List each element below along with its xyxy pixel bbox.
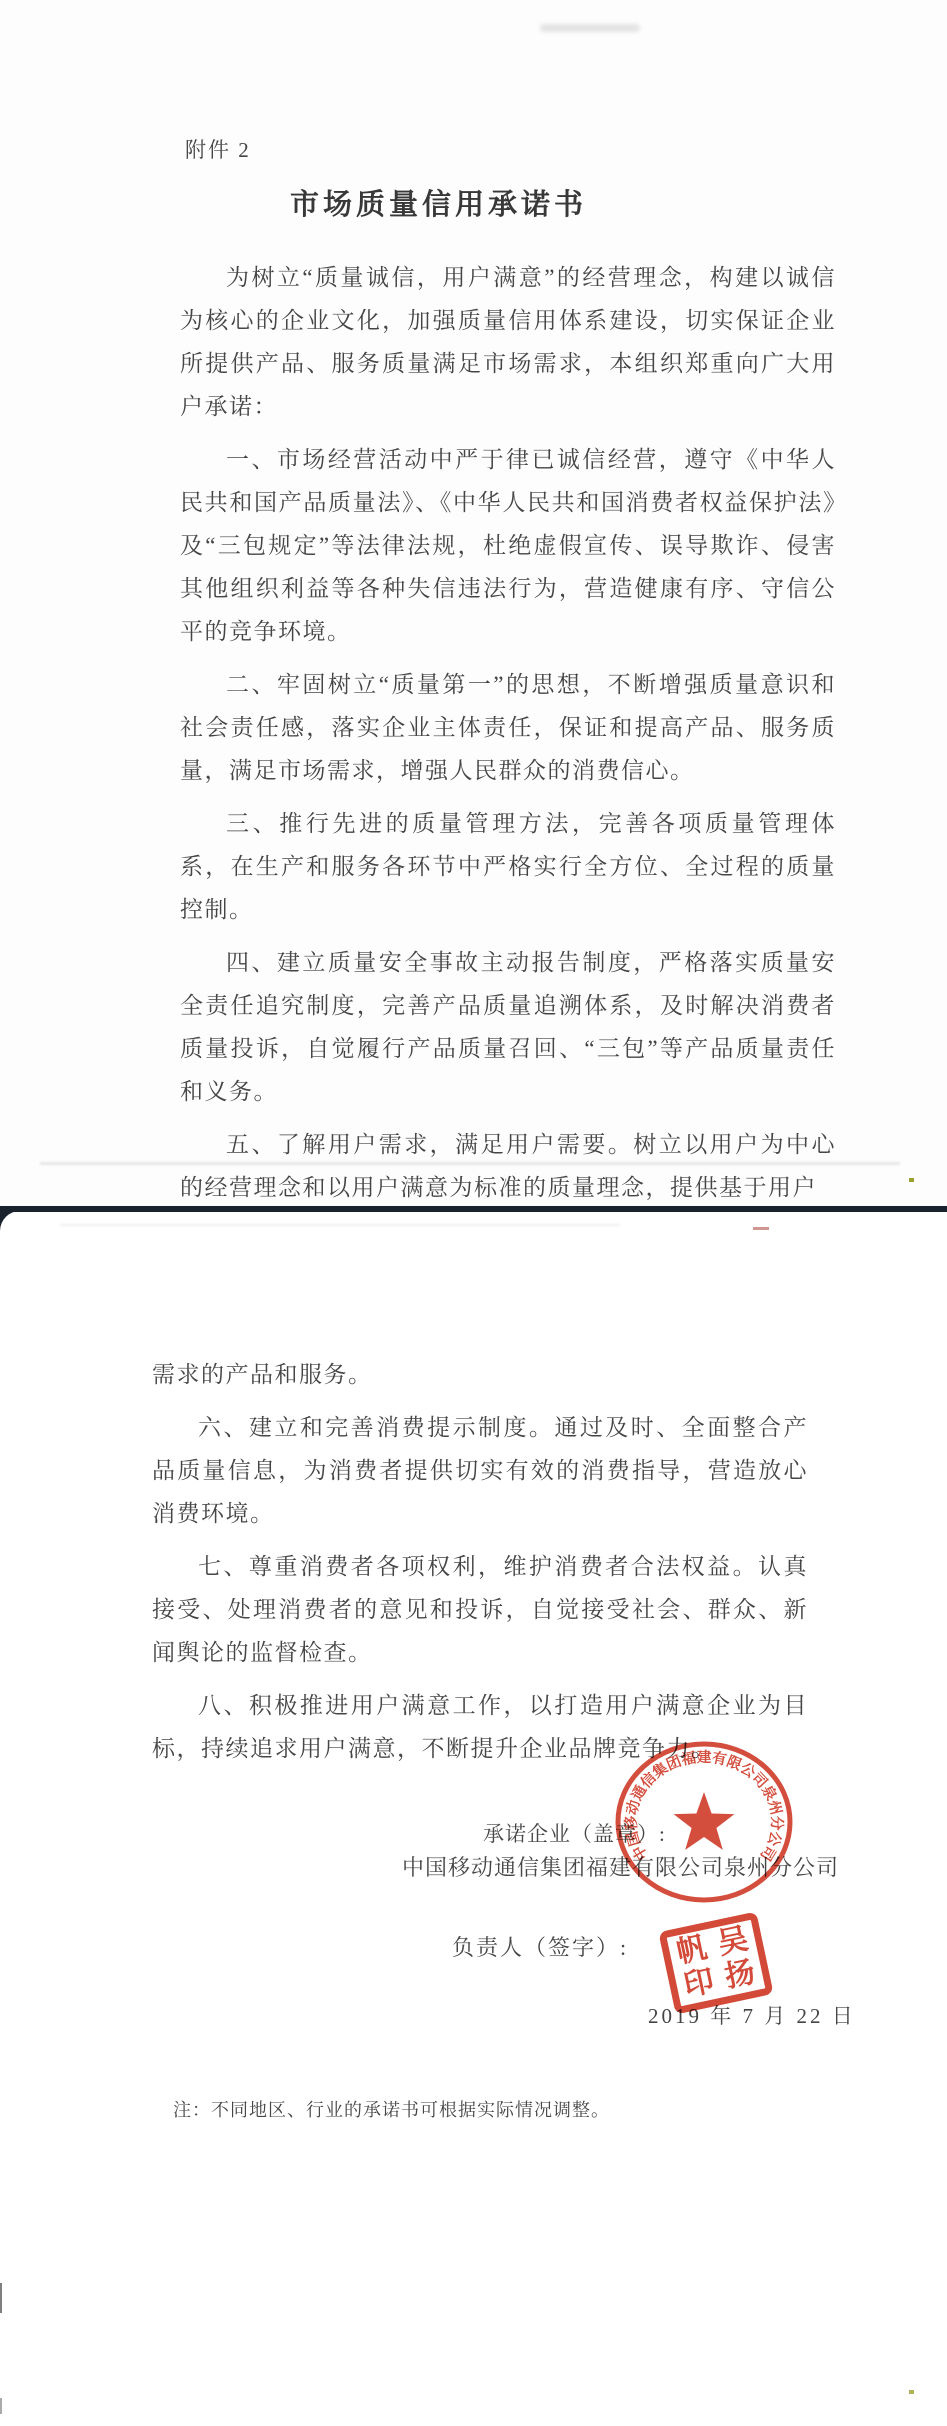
attachment-label: 附件 2 [185, 134, 251, 164]
paragraph: 四、建立质量安全事故主动报告制度，严格落实质量安全责任追究制度，完善产品质量追溯… [180, 941, 836, 1113]
scan-artifact-dot [909, 2390, 914, 2394]
seal-character: 扬 [716, 1954, 764, 1996]
document-title: 市场质量信用承诺书 [290, 182, 587, 223]
paragraph: 七、尊重消费者各项权利，维护消费者合法权益。认真接受、处理消费者的意见和投诉，自… [152, 1545, 808, 1674]
company-round-seal: 中国移动通信集团福建有限公司泉州分公司 [604, 1732, 804, 1912]
page2-body: 需求的产品和服务。 六、建立和完善消费提示制度。通过及时、全面整合产品质量信息，… [152, 1353, 808, 1780]
page-separator-line [0, 1206, 947, 1212]
scan-artifact-red-mark [753, 1227, 769, 1230]
scan-artifact-dot [909, 1178, 914, 1182]
paragraph: 需求的产品和服务。 [152, 1353, 808, 1396]
page1-body: 为树立“质量诚信，用户满意”的经营理念，构建以诚信为核心的企业文化，加强质量信用… [180, 256, 836, 1219]
scan-artifact-edge [0, 2283, 2, 2313]
scan-artifact-smudge [540, 24, 640, 32]
scan-artifact-edge [0, 2398, 2, 2414]
scan-artifact-streak [60, 1224, 620, 1226]
signer-label: 负责人（签字）: [452, 1931, 628, 1962]
paragraph: 为树立“质量诚信，用户满意”的经营理念，构建以诚信为核心的企业文化，加强质量信用… [180, 256, 836, 428]
scanned-document: 附件 2 市场质量信用承诺书 为树立“质量诚信，用户满意”的经营理念，构建以诚信… [0, 0, 947, 2426]
star-icon [674, 1792, 735, 1850]
paragraph: 五、了解用户需求，满足用户需要。树立以用户为中心的经营理念和以用户满意为标准的质… [180, 1123, 836, 1209]
scan-artifact-streak [40, 1162, 900, 1165]
seal-character: 印 [675, 1963, 723, 2005]
paragraph: 三、推行先进的质量管理方法，完善各项质量管理体系，在生产和服务各环节中严格实行全… [180, 802, 836, 931]
footnote: 注：不同地区、行业的承诺书可根据实际情况调整。 [173, 2096, 610, 2122]
paragraph: 一、市场经营活动中严于律已诚信经营，遵守《中华人民共和国产品质量法》、《中华人民… [180, 438, 836, 653]
paragraph: 二、牢固树立“质量第一”的思想，不断增强质量意识和社会责任感，落实企业主体责任，… [180, 663, 836, 792]
paragraph: 六、建立和完善消费提示制度。通过及时、全面整合产品质量信息，为消费者提供切实有效… [152, 1406, 808, 1535]
